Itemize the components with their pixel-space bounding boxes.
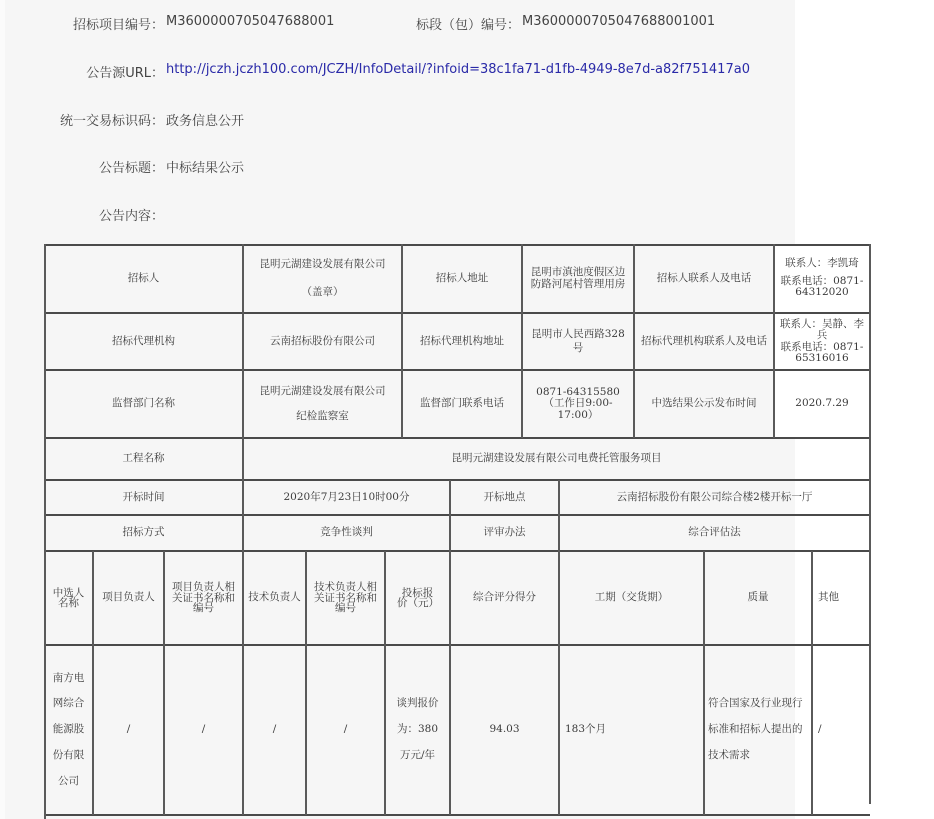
grid-line — [44, 244, 46, 819]
header-other: 其他 — [812, 551, 870, 645]
bid-price-value: 谈判报价为：380万元/年 — [385, 645, 450, 815]
grid-line — [44, 514, 870, 516]
duration-value: 183个月 — [559, 645, 704, 815]
supervisor-name: 昆明元湖建设发展有限公司 — [260, 379, 386, 404]
tenderer-value: 昆明元湖建设发展有限公司（盖章） — [243, 244, 402, 313]
tenderer-addr-value: 昆明市滇池度假区边防路河尾村管理用房 — [522, 244, 634, 313]
agency-contact-label: 招标代理机构联系人及电话 — [634, 313, 774, 370]
method-label: 招标方式 — [44, 515, 243, 551]
tenderer-contact-label: 招标人联系人及电话 — [634, 244, 774, 313]
grid-line — [242, 244, 244, 480]
project-name-value: 昆明元湖建设发展有限公司电费托管服务项目 — [243, 438, 870, 480]
grid-line — [558, 480, 560, 552]
agency-label: 招标代理机构 — [44, 313, 243, 370]
grid-line — [242, 480, 244, 552]
header-duration: 工期（交货期） — [559, 551, 704, 645]
header-winner-name: 中选人名称 — [44, 551, 93, 645]
project-lead-cert-value: / — [164, 645, 243, 815]
tenderer-contact-value: 联系人：李凯琦 联系电话：0871-64312020 — [774, 244, 870, 313]
header-tech-lead: 技术负责人 — [243, 551, 306, 645]
supervisor-hours: （工作日9:00-17:00） — [526, 398, 630, 421]
grid-line — [163, 551, 165, 815]
grid-line — [811, 551, 813, 815]
grid-line — [869, 244, 871, 804]
tech-lead-value: / — [243, 645, 306, 815]
tenderer-addr-label: 招标人地址 — [402, 244, 522, 313]
open-time-label: 开标时间 — [44, 480, 243, 515]
source-url-label: 公告源URL： — [60, 62, 164, 81]
supervisor-phone-label: 监督部门联系电话 — [402, 370, 522, 438]
grid-line — [558, 551, 560, 815]
quality-value: 符合国家及行业现行标准和招标人提出的技术需求 — [704, 645, 812, 815]
agency-addr-value: 昆明市人民西路328号 — [522, 313, 634, 370]
header-quality: 质量 — [704, 551, 812, 645]
agency-contact-phone: 联系电话：0871-65316016 — [778, 342, 866, 364]
open-time-value: 2020年7月23日10时00分 — [243, 480, 450, 515]
source-url-link[interactable]: http://jczh.jczh100.com/JCZH/InfoDetail/… — [166, 62, 750, 77]
grid-line — [44, 437, 870, 439]
grid-line — [92, 551, 94, 815]
grid-line — [773, 244, 775, 438]
other-value: / — [812, 645, 870, 815]
publish-time-label: 中选结果公示发布时间 — [634, 370, 774, 438]
project-no-label: 招标项目编号： — [60, 14, 164, 33]
grid-line — [44, 550, 870, 552]
grid-line — [44, 244, 870, 246]
header-project-lead: 项目负责人 — [93, 551, 164, 645]
supervisor-dept: 纪检监察室 — [296, 404, 349, 429]
title-label: 公告标题： — [60, 157, 164, 176]
score-value: 94.03 — [450, 645, 559, 815]
agency-value: 云南招标股份有限公司 — [243, 313, 402, 370]
project-name-label: 工程名称 — [44, 438, 243, 480]
eval-value: 综合评估法 — [559, 515, 870, 551]
grid-line — [44, 644, 870, 646]
header-project-lead-cert: 项目负责人相关证书名称和编号 — [164, 551, 243, 645]
tenderer-contact-phone: 联系电话：0871-64312020 — [778, 276, 866, 299]
grid-line — [44, 369, 870, 371]
grid-line — [44, 312, 870, 314]
section-no-label: 标段（包）编号： — [400, 14, 520, 33]
grid-line — [401, 244, 403, 438]
project-lead-value: / — [93, 645, 164, 815]
header-bid-price: 投标报价（元） — [385, 551, 450, 645]
winner-name: 南方电网综合能源股份有限公司 — [44, 645, 93, 815]
open-place-value: 云南招标股份有限公司综合楼2楼开标一厅 — [559, 480, 870, 515]
grid-line — [44, 814, 870, 816]
agency-contact-person: 联系人：吴静、李兵 — [778, 319, 866, 341]
supervisor-label: 监督部门名称 — [44, 370, 243, 438]
supervisor-phone-value: 0871-64315580 （工作日9:00-17:00） — [522, 370, 634, 438]
trade-code-label: 统一交易标识码： — [60, 110, 164, 129]
supervisor-value: 昆明元湖建设发展有限公司 纪检监察室 — [243, 370, 402, 438]
result-table: 招标人 昆明元湖建设发展有限公司（盖章） 招标人地址 昆明市滇池度假区边防路河尾… — [44, 244, 870, 819]
tenderer-contact-person: 联系人：李凯琦 — [785, 258, 859, 270]
agency-addr-label: 招标代理机构地址 — [402, 313, 522, 370]
header-tech-lead-cert: 技术负责人相关证书名称和编号 — [306, 551, 385, 645]
tech-lead-cert-value: / — [306, 645, 385, 815]
grid-line — [521, 244, 523, 438]
publish-time-value: 2020.7.29 — [774, 370, 870, 438]
method-value: 竞争性谈判 — [243, 515, 450, 551]
trade-code-value: 政务信息公开 — [166, 110, 244, 129]
grid-line — [44, 479, 870, 481]
project-no-value: M3600000705047688001 — [166, 14, 334, 29]
grid-line — [449, 551, 451, 815]
grid-line — [305, 551, 307, 815]
tenderer-label: 招标人 — [44, 244, 243, 313]
grid-line — [703, 551, 705, 815]
grid-line — [242, 551, 244, 815]
title-value: 中标结果公示 — [166, 157, 244, 176]
eval-label: 评审办法 — [450, 515, 559, 551]
open-place-label: 开标地点 — [450, 480, 559, 515]
grid-line — [384, 551, 386, 815]
grid-line — [449, 480, 451, 552]
header-score: 综合评分得分 — [450, 551, 559, 645]
agency-contact-value: 联系人：吴静、李兵 联系电话：0871-65316016 — [774, 313, 870, 370]
cell-white-patch — [840, 440, 868, 478]
content-label: 公告内容： — [60, 205, 164, 224]
section-no-value: M3600000705047688001001 — [522, 14, 715, 29]
grid-line — [633, 244, 635, 438]
